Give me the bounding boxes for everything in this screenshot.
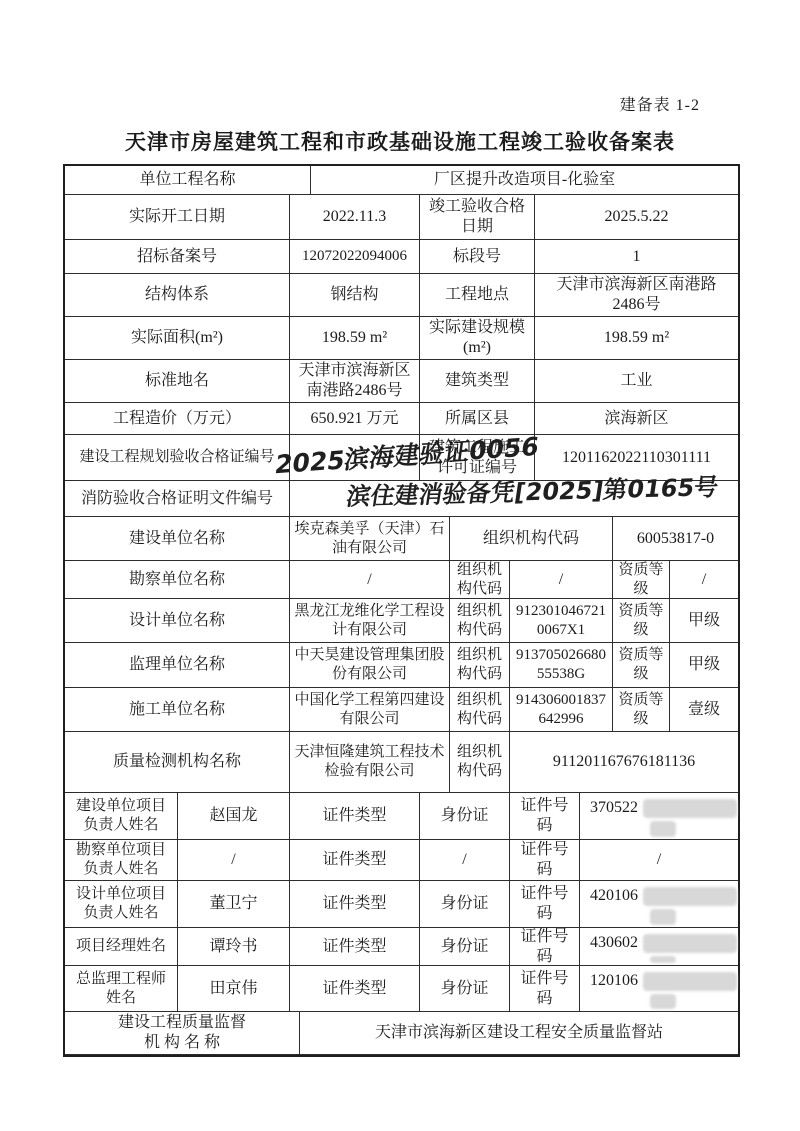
survey-unit-grade: / [670, 561, 738, 598]
cert-no-label: 证件号码 [510, 966, 580, 1011]
row-supervision-authority: 建设工程质量监督 机 构 名 称 天津市滨海新区建设工程安全质量监督站 [65, 1012, 738, 1055]
chief-supervisor-name: 田京伟 [178, 966, 290, 1011]
structure-system-label: 结构体系 [65, 274, 290, 316]
project-manager-cert-no: 430602 [580, 928, 738, 965]
row-area: 实际面积(m²) 198.59 m² 实际建设规模(m²) 198.59 m² [65, 317, 738, 360]
redaction-blob [650, 821, 676, 837]
row-survey-person: 勘察单位项目负责人姓名 / 证件类型 / 证件号码 / [65, 840, 738, 881]
building-type-value: 工业 [535, 360, 738, 402]
org-code-label: 组织机构代码 [450, 643, 510, 687]
build-scale-value: 198.59 m² [535, 317, 738, 359]
redaction-blob [643, 972, 737, 991]
redaction-blob [643, 934, 737, 953]
build-scale-label: 实际建设规模(m²) [420, 317, 535, 359]
survey-person-cert-no: / [580, 840, 738, 880]
redaction-blob [650, 994, 676, 1009]
cert-no-prefix: 430602 [590, 933, 638, 953]
bid-section-value: 1 [535, 240, 738, 273]
redaction-blob [650, 909, 676, 925]
survey-person-cert-type: / [420, 840, 510, 880]
contractor-unit-name: 中国化学工程第四建设有限公司 [290, 688, 450, 731]
bid-record-no-label: 招标备案号 [65, 240, 290, 273]
completion-date-value: 2025.5.22 [535, 195, 738, 239]
district-value: 滨海新区 [535, 403, 738, 434]
cert-type-label: 证件类型 [290, 793, 420, 839]
supervision-unit-name: 中天昊建设管理集团股份有限公司 [290, 643, 450, 687]
construction-unit-name: 埃克森美孚（天津）石油有限公司 [290, 517, 450, 560]
start-date-value: 2022.11.3 [290, 195, 420, 239]
completion-date-label: 竣工验收合格日期 [420, 195, 535, 239]
construction-person-cert-type: 身份证 [420, 793, 510, 839]
construction-permit-value: 1201162022110301111 [535, 435, 738, 480]
planning-cert-label: 建设工程规划验收合格证编号 [65, 435, 290, 480]
design-unit-name: 黑龙江龙维化学工程设计有限公司 [290, 599, 450, 642]
testing-org-name: 天津恒隆建筑工程技术检验有限公司 [290, 732, 450, 792]
unit-project-label: 单位工程名称 [65, 166, 311, 194]
supervision-authority-label-line2: 机 构 名 称 [144, 1033, 220, 1053]
row-unit-project: 单位工程名称 厂区提升改造项目-化验室 [65, 166, 738, 195]
row-chief-supervisor: 总监理工程师姓名 田京伟 证件类型 身份证 证件号码 120106 [65, 966, 738, 1012]
cert-no-label: 证件号码 [510, 793, 580, 839]
row-place-name: 标准地名 天津市滨海新区南港路2486号 建筑类型 工业 [65, 360, 738, 403]
chief-supervisor-cert-type: 身份证 [420, 966, 510, 1011]
doc-code: 建备表 1-2 [620, 92, 700, 115]
design-person-name: 董卫宁 [178, 881, 290, 927]
row-testing-org: 质量检测机构名称 天津恒隆建筑工程技术检验有限公司 组织机构代码 9112011… [65, 732, 738, 793]
cert-no-prefix: 120106 [590, 971, 638, 991]
org-code-label: 组织机构代码 [450, 732, 510, 792]
bid-section-label: 标段号 [420, 240, 535, 273]
supervision-unit-code: 91370502668055538G [510, 643, 613, 687]
row-project-manager: 项目经理姓名 谭玲书 证件类型 身份证 证件号码 430602 [65, 928, 738, 966]
scanned-document-page: 建备表 1-2 天津市房屋建筑工程和市政基础设施工程竣工验收备案表 单位工程名称… [0, 0, 800, 1131]
design-person-cert-no: 420106 [580, 881, 738, 927]
redaction-blob [643, 887, 737, 906]
redaction-blob [643, 799, 737, 818]
contractor-unit-label: 施工单位名称 [65, 688, 290, 731]
contractor-unit-grade: 壹级 [670, 688, 738, 731]
row-planning-cert: 建设工程规划验收合格证编号 建筑工程施工许可证编号 12011620221103… [65, 435, 738, 481]
design-person-label: 设计单位项目负责人姓名 [65, 881, 178, 927]
design-unit-label: 设计单位名称 [65, 599, 290, 642]
page-title: 天津市房屋建筑工程和市政基础设施工程竣工验收备案表 [0, 126, 800, 156]
survey-person-label: 勘察单位项目负责人姓名 [65, 840, 178, 880]
project-manager-cert-type: 身份证 [420, 928, 510, 965]
project-manager-label: 项目经理姓名 [65, 928, 178, 965]
construction-person-cert-no: 370522 [580, 793, 738, 839]
qualification-label: 资质等级 [613, 643, 670, 687]
cert-type-label: 证件类型 [290, 928, 420, 965]
survey-person-name: / [178, 840, 290, 880]
design-unit-grade: 甲级 [670, 599, 738, 642]
construction-permit-label: 建筑工程施工许可证编号 [420, 435, 535, 480]
structure-system-value: 钢结构 [290, 274, 420, 316]
redaction-blob [650, 956, 676, 963]
supervision-authority-value: 天津市滨海新区建设工程安全质量监督站 [300, 1012, 738, 1054]
org-code-label: 组织机构代码 [450, 561, 510, 598]
row-construction-person: 建设单位项目负责人姓名 赵国龙 证件类型 身份证 证件号码 370522 [65, 793, 738, 840]
construction-unit-label: 建设单位名称 [65, 517, 290, 560]
row-design-unit: 设计单位名称 黑龙江龙维化学工程设计有限公司 组织机构代码 9123010467… [65, 599, 738, 643]
design-person-cert-type: 身份证 [420, 881, 510, 927]
cert-no-label: 证件号码 [510, 840, 580, 880]
record-table: 单位工程名称 厂区提升改造项目-化验室 实际开工日期 2022.11.3 竣工验… [63, 164, 740, 1057]
row-construction-unit: 建设单位名称 埃克森美孚（天津）石油有限公司 组织机构代码 60053817-0 [65, 517, 738, 561]
row-design-person: 设计单位项目负责人姓名 董卫宁 证件类型 身份证 证件号码 420106 [65, 881, 738, 928]
cert-no-prefix: 370522 [590, 798, 638, 818]
project-location-label: 工程地点 [420, 274, 535, 316]
district-label: 所属区县 [420, 403, 535, 434]
fire-cert-label: 消防验收合格证明文件编号 [65, 481, 290, 516]
testing-org-code: 911201167676181136 [510, 732, 738, 792]
fire-cert-value-area [290, 481, 738, 516]
contractor-unit-code: 914306001837642996 [510, 688, 613, 731]
design-unit-code: 9123010467210067X1 [510, 599, 613, 642]
org-code-label: 组织机构代码 [450, 517, 613, 560]
org-code-label: 组织机构代码 [450, 599, 510, 642]
start-date-label: 实际开工日期 [65, 195, 290, 239]
row-structure: 结构体系 钢结构 工程地点 天津市滨海新区南港路2486号 [65, 274, 738, 317]
cert-type-label: 证件类型 [290, 840, 420, 880]
project-manager-name: 谭玲书 [178, 928, 290, 965]
qualification-label: 资质等级 [613, 688, 670, 731]
survey-unit-code: / [510, 561, 613, 598]
cert-no-prefix: 420106 [590, 886, 638, 906]
actual-area-label: 实际面积(m²) [65, 317, 290, 359]
construction-person-label: 建设单位项目负责人姓名 [65, 793, 178, 839]
planning-cert-value-area [290, 435, 420, 480]
supervision-unit-grade: 甲级 [670, 643, 738, 687]
supervision-authority-label-line1: 建设工程质量监督 [118, 1013, 246, 1033]
bid-record-no-value: 12072022094006 [290, 240, 420, 273]
chief-supervisor-cert-no: 120106 [580, 966, 738, 1011]
standard-place-value: 天津市滨海新区南港路2486号 [290, 360, 420, 402]
building-type-label: 建筑类型 [420, 360, 535, 402]
row-cost: 工程造价（万元） 650.921 万元 所属区县 滨海新区 [65, 403, 738, 435]
project-cost-label: 工程造价（万元） [65, 403, 290, 434]
actual-area-value: 198.59 m² [290, 317, 420, 359]
testing-org-label: 质量检测机构名称 [65, 732, 290, 792]
supervision-authority-label: 建设工程质量监督 机 构 名 称 [65, 1012, 300, 1054]
construction-person-name: 赵国龙 [178, 793, 290, 839]
qualification-label: 资质等级 [613, 599, 670, 642]
row-supervision-unit: 监理单位名称 中天昊建设管理集团股份有限公司 组织机构代码 9137050266… [65, 643, 738, 688]
survey-unit-name: / [290, 561, 450, 598]
qualification-label: 资质等级 [613, 561, 670, 598]
row-fire-cert: 消防验收合格证明文件编号 [65, 481, 738, 517]
cert-no-label: 证件号码 [510, 928, 580, 965]
supervision-unit-label: 监理单位名称 [65, 643, 290, 687]
construction-unit-code: 60053817-0 [613, 517, 738, 560]
cert-no-label: 证件号码 [510, 881, 580, 927]
standard-place-label: 标准地名 [65, 360, 290, 402]
row-contractor-unit: 施工单位名称 中国化学工程第四建设有限公司 组织机构代码 91430600183… [65, 688, 738, 732]
row-dates: 实际开工日期 2022.11.3 竣工验收合格日期 2025.5.22 [65, 195, 738, 240]
org-code-label: 组织机构代码 [450, 688, 510, 731]
project-location-value: 天津市滨海新区南港路2486号 [535, 274, 738, 316]
project-cost-value: 650.921 万元 [290, 403, 420, 434]
survey-unit-label: 勘察单位名称 [65, 561, 290, 598]
cert-type-label: 证件类型 [290, 881, 420, 927]
row-survey-unit: 勘察单位名称 / 组织机构代码 / 资质等级 / [65, 561, 738, 599]
cert-type-label: 证件类型 [290, 966, 420, 1011]
chief-supervisor-label: 总监理工程师姓名 [65, 966, 178, 1011]
unit-project-value: 厂区提升改造项目-化验室 [311, 166, 738, 194]
row-bid: 招标备案号 12072022094006 标段号 1 [65, 240, 738, 274]
